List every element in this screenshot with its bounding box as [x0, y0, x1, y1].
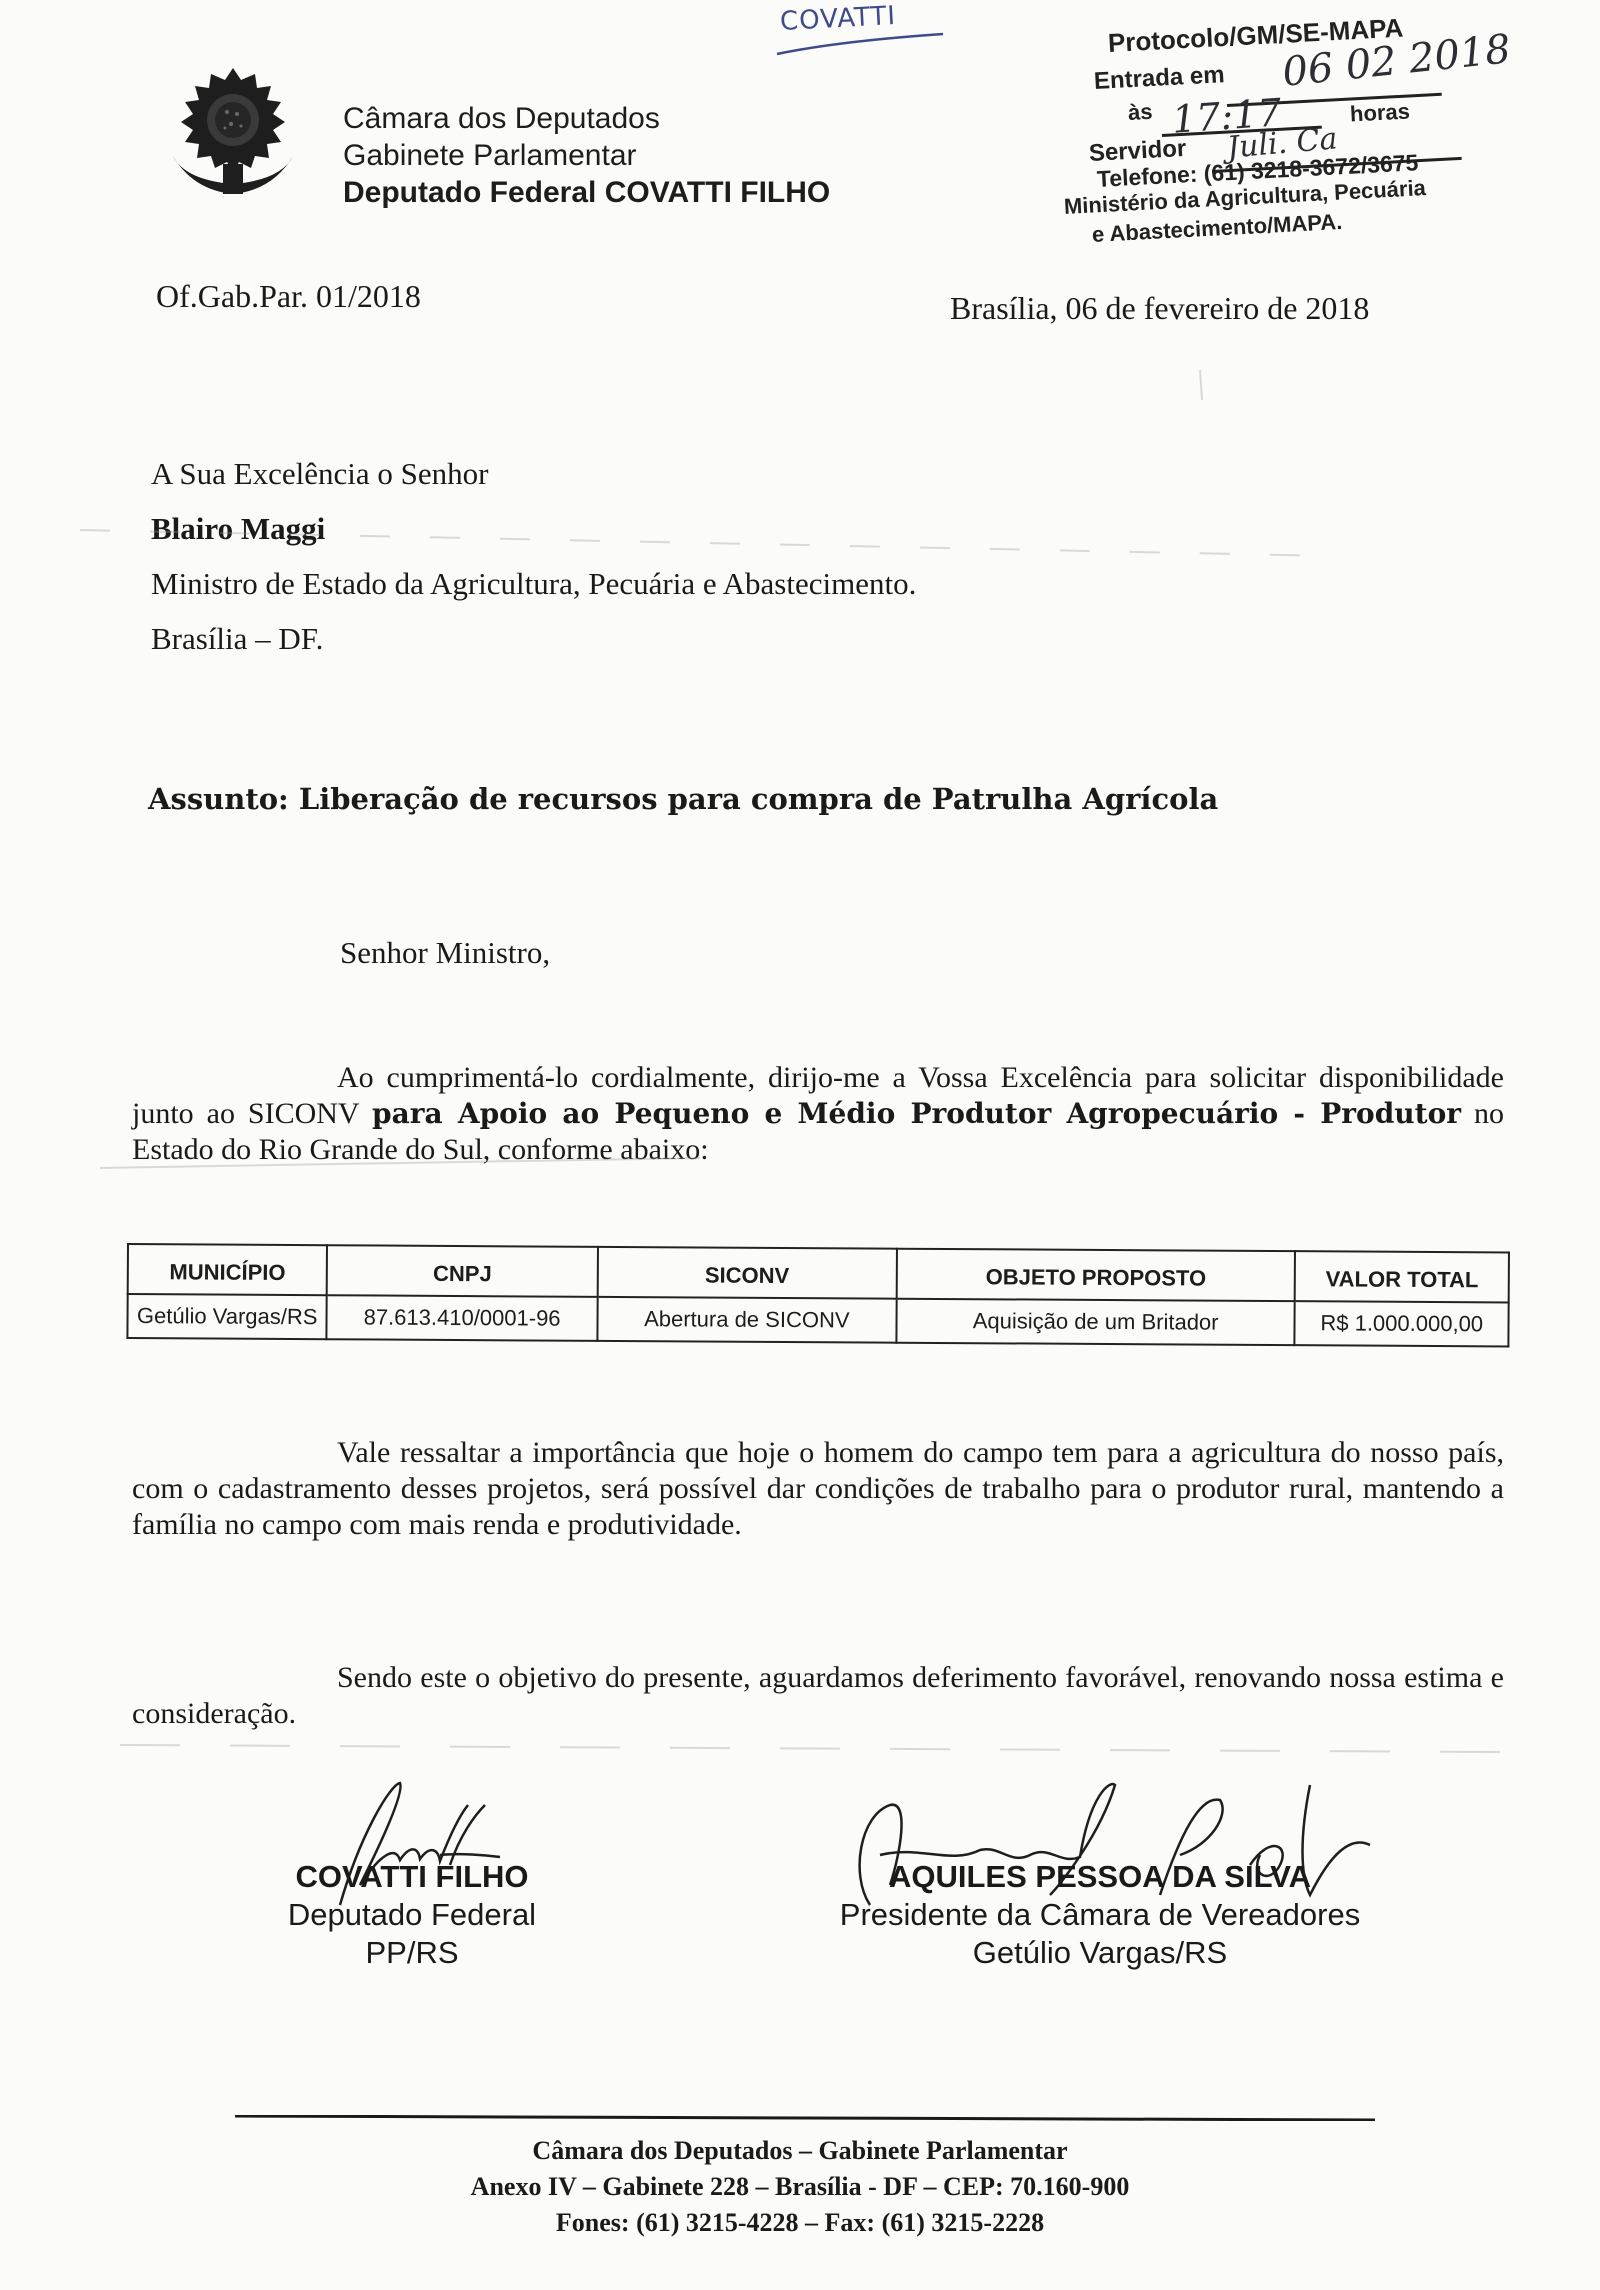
cell-valor: R$ 1.000.000,00 — [1295, 1301, 1509, 1346]
stamp-entry-label: Entrada em — [1093, 61, 1225, 96]
col-objeto: OBJETO PROPOSTO — [896, 1249, 1295, 1301]
p3-text: Sendo este o objetivo do presente, aguar… — [132, 1661, 1504, 1730]
signature-block-council-president: AQUILES PESSOA DA SILVA Presidente da Câ… — [800, 1858, 1400, 1972]
signature-block-deputy: COVATTI FILHO Deputado Federal PP/RS — [262, 1858, 562, 1972]
p2-text: Vale ressaltar a importância que hoje o … — [132, 1436, 1504, 1541]
addressee-salutation: A Sua Excelência o Senhor — [151, 446, 916, 501]
col-siconv: SICONV — [597, 1247, 896, 1299]
cell-siconv: Abertura de SICONV — [597, 1297, 896, 1343]
table-row: Getúlio Vargas/RS 87.613.410/0001-96 Abe… — [127, 1294, 1508, 1346]
letterhead-office: Gabinete Parlamentar — [343, 137, 830, 174]
signer-role: Deputado Federal — [262, 1896, 562, 1934]
footer-line1: Câmara dos Deputados – Gabinete Parlamen… — [300, 2133, 1300, 2169]
signer-name: AQUILES PESSOA DA SILVA — [800, 1858, 1400, 1896]
p1-text-bold: para Apoio ao Pequeno e Médio Produtor A… — [372, 1097, 1461, 1130]
subject-line: Assunto: Liberação de recursos para comp… — [148, 782, 1218, 816]
document-date: Brasília, 06 de fevereiro de 2018 — [950, 290, 1369, 327]
footer-address: Câmara dos Deputados – Gabinete Parlamen… — [300, 2133, 1300, 2241]
cell-cnpj: 87.613.410/0001-96 — [327, 1295, 598, 1341]
salutation: Senhor Ministro, — [340, 935, 550, 971]
footer-line2: Anexo IV – Gabinete 228 – Brasília - DF … — [300, 2169, 1300, 2205]
table-header-row: MUNICÍPIO CNPJ SICONV OBJETO PROPOSTO VA… — [128, 1244, 1509, 1302]
signer-role: Presidente da Câmara de Vereadores — [800, 1896, 1400, 1934]
signer-name: COVATTI FILHO — [262, 1858, 562, 1896]
stamp-time-suffix: horas — [1349, 98, 1410, 127]
body-paragraph-3: Sendo este o objetivo do presente, aguar… — [132, 1660, 1504, 1732]
addressee-title: Ministro de Estado da Agricultura, Pecuá… — [151, 556, 916, 611]
handwritten-underline — [775, 30, 945, 58]
body-paragraph-1: Ao cumprimentá-lo cordialmente, dirijo-m… — [132, 1060, 1504, 1168]
col-municipio: MUNICÍPIO — [128, 1244, 328, 1295]
addressee-block: A Sua Excelência o Senhor Blairo Maggi M… — [151, 446, 916, 666]
addressee-name: Blairo Maggi — [151, 501, 916, 556]
cell-objeto: Aquisição de um Britador — [896, 1299, 1295, 1345]
letterhead: Câmara dos Deputados Gabinete Parlamenta… — [343, 100, 830, 211]
funding-request-table: MUNICÍPIO CNPJ SICONV OBJETO PROPOSTO VA… — [126, 1243, 1510, 1347]
brazil-coat-of-arms-icon — [163, 68, 303, 198]
footer-line3: Fones: (61) 3215-4228 – Fax: (61) 3215-2… — [300, 2205, 1300, 2241]
cell-municipio: Getúlio Vargas/RS — [127, 1294, 327, 1339]
signer-affiliation: Getúlio Vargas/RS — [800, 1934, 1400, 1972]
col-cnpj: CNPJ — [327, 1245, 598, 1297]
protocol-stamp: Protocolo/GM/SE-MAPA Entrada em 06 02 20… — [1062, 14, 1532, 254]
addressee-location: Brasília – DF. — [151, 611, 916, 666]
letterhead-deputy: Deputado Federal COVATTI FILHO — [343, 174, 830, 211]
signer-affiliation: PP/RS — [262, 1934, 562, 1972]
body-paragraph-2: Vale ressaltar a importância que hoje o … — [132, 1435, 1504, 1543]
letterhead-chamber: Câmara dos Deputados — [343, 100, 830, 137]
col-valor: VALOR TOTAL — [1295, 1251, 1509, 1302]
stamp-time-label: às — [1127, 99, 1153, 126]
footer-divider — [235, 2115, 1375, 2121]
document-reference: Of.Gab.Par. 01/2018 — [156, 278, 421, 315]
